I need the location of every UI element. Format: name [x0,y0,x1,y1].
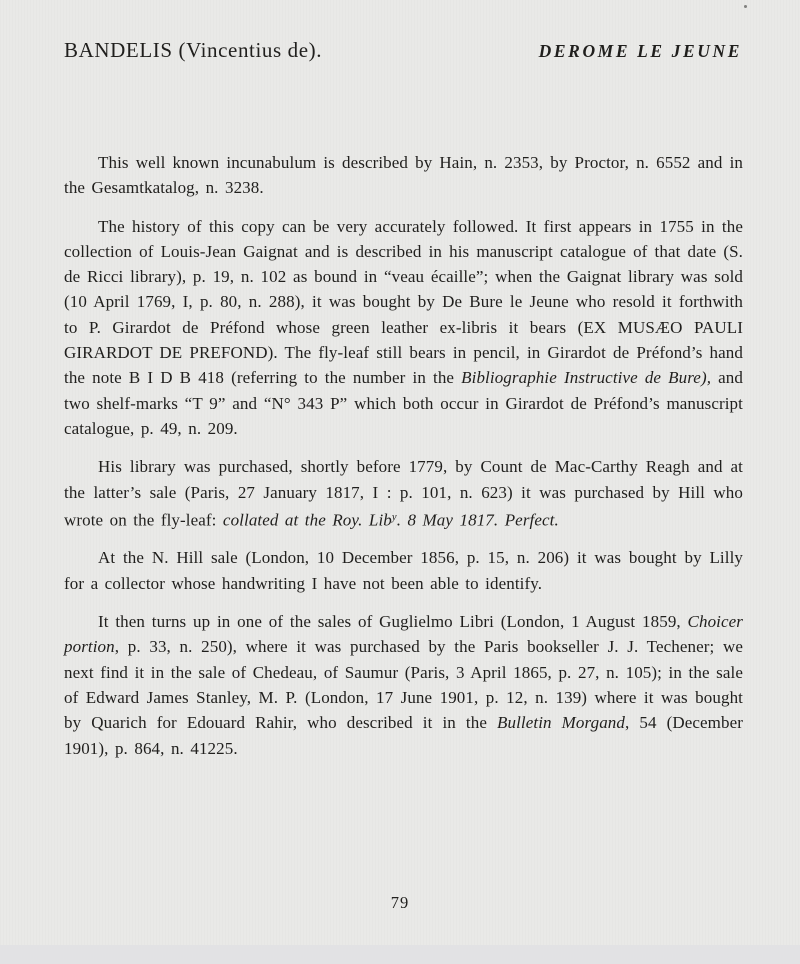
text-run: It then turns up in one of the sales of … [98,612,688,631]
paragraph: His library was purchased, shortly befor… [64,454,743,532]
scan-edge-strip [0,945,800,964]
italic-text-run: . 8 May 1817. Perfect. [397,510,559,529]
italic-text-run: Bulletin Morgand [497,713,625,732]
paragraph: It then turns up in one of the sales of … [64,609,743,761]
text-run: The history of this copy can be very acc… [64,217,743,388]
binder-running-head: DEROME LE JEUNE [539,41,742,62]
entry-text: This well known incunabulum is described… [64,150,743,774]
page-header: BANDELIS (Vincentius de). DEROME LE JEUN… [64,38,742,63]
italic-text-run: Bibliographie Instructive de Bure), [461,368,711,387]
scanned-book-page: BANDELIS (Vincentius de). DEROME LE JEUN… [0,0,800,964]
paragraph: This well known incunabulum is described… [64,150,743,201]
paragraph: The history of this copy can be very acc… [64,214,743,442]
text-run: This well known incunabulum is described… [64,153,743,197]
entry-author-heading: BANDELIS (Vincentius de). [64,38,322,63]
italic-text-run: collated at the Roy. Lib [223,510,392,529]
paragraph: At the N. Hill sale (London, 10 December… [64,545,743,596]
text-run: At the N. Hill sale (London, 10 December… [64,548,743,592]
page-number: 79 [0,893,800,913]
paper-speck [744,5,747,8]
